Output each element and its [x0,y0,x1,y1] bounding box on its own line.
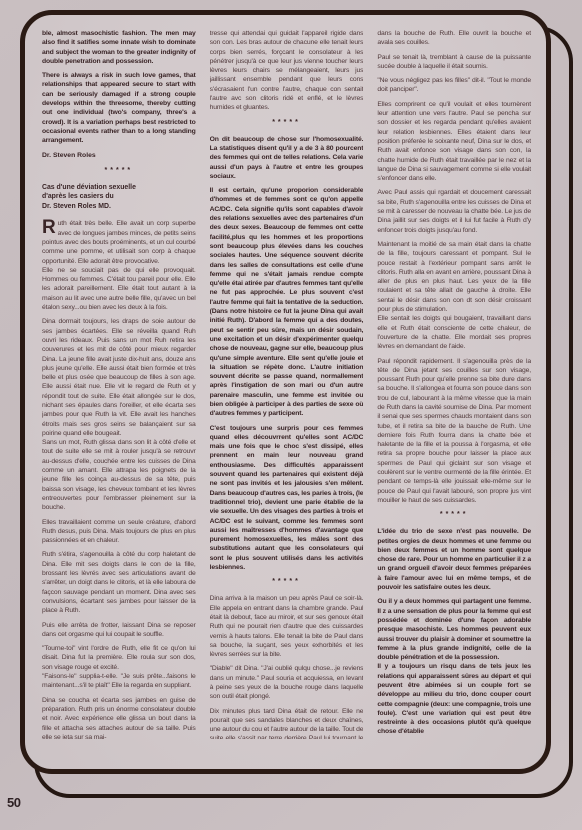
asterisk-divider: ***** [210,577,364,586]
text-paragraph: Puis elle arrêta de frotter, laissant Di… [42,621,196,640]
text-paragraph: Dina dormait toujours, les draps de soie… [42,317,196,438]
text-paragraph: "Tourne-toi" vint l'ordre de Ruth, elle … [42,644,196,672]
text-paragraph: Elles travaillaient comme un seule créat… [42,518,196,546]
text-columns: ble, almost masochistic fashion. The men… [25,15,546,747]
author-byline: Dr. Steven Roles [42,151,196,160]
dropcap-paragraph: Ruth était très belle. Elle avait un cor… [42,219,196,265]
text-paragraph: Dix minutes plus tard Dina était de reto… [210,707,364,739]
asterisk-divider: ***** [377,510,531,519]
text-paragraph: "Diable" dit Dina. "J'ai oublié qulqu ch… [210,664,364,701]
text-paragraph: "Ne vous négligez pas les filles" dit-il… [377,76,531,95]
text-paragraph: Elles comprirent ce qu'il voulait et ell… [377,100,531,184]
text-paragraph: Dina se coucha et écarta ses jambes en g… [42,696,196,739]
text-paragraph: tresse qui attendai qui guidait l'appare… [210,29,364,113]
page-number: 50 [7,795,20,810]
text-paragraph: Elle sentait les doigts qui bougaient, t… [377,314,531,351]
section-heading: Cas d'une déviation sexuelle d'après les… [42,183,196,212]
text-paragraph: There is always a risk in such love game… [42,71,196,145]
text-paragraph: Paul répondit rapidement. Il s'agenouill… [377,357,531,506]
text-column-1: ble, almost masochistic fashion. The men… [42,29,196,739]
asterisk-divider: ***** [210,118,364,127]
text-paragraph: Il est certain, qu'une proporion conside… [210,186,364,418]
drop-cap: R [42,219,58,236]
text-paragraph: Paul se tenait là, tremblant à cause de … [377,53,531,72]
text-column-2: tresse qui attendai qui guidait l'appare… [210,29,364,739]
text-paragraph: Il y a toujours un risqu dans de tels je… [377,662,531,736]
magazine-page: ble, almost masochistic fashion. The men… [20,10,551,774]
text-paragraph: dans la bouche de Ruth. Elle ouvrit la b… [377,29,531,48]
text-paragraph: Sans un mot, Ruth glissa dans son lit à … [42,438,196,512]
text-paragraph: Ou il y a deux hommes qui partagent une … [377,597,531,662]
text-paragraph: Maintenant la moitié de sa main était da… [377,240,531,314]
text-paragraph: C'est toujours une surpris pour ces femm… [210,424,364,573]
text-paragraph: "Faisons-le" supplia-t-elle. "Je suis pr… [42,672,196,691]
text-paragraph: Avec Paul assis qui rgardait et doucemen… [377,188,531,234]
text-paragraph: ble, almost masochistic fashion. The men… [42,29,196,66]
asterisk-divider: ***** [42,166,196,175]
text-paragraph: Elle ne se souciait pas de qui elle prov… [42,266,196,312]
text-paragraph: On dit beaucoup de chose sur l'homosexua… [210,135,364,181]
text-paragraph: Ruth s'étira, s'agenouilla à côté du cor… [42,550,196,615]
text-paragraph: L'idée du trio de sexe n'est pas nouvell… [377,527,531,592]
text-column-3: dans la bouche de Ruth. Elle ouvrit la b… [377,29,531,739]
text-paragraph: Dina arriva à la maison un peu après Pau… [210,594,364,659]
